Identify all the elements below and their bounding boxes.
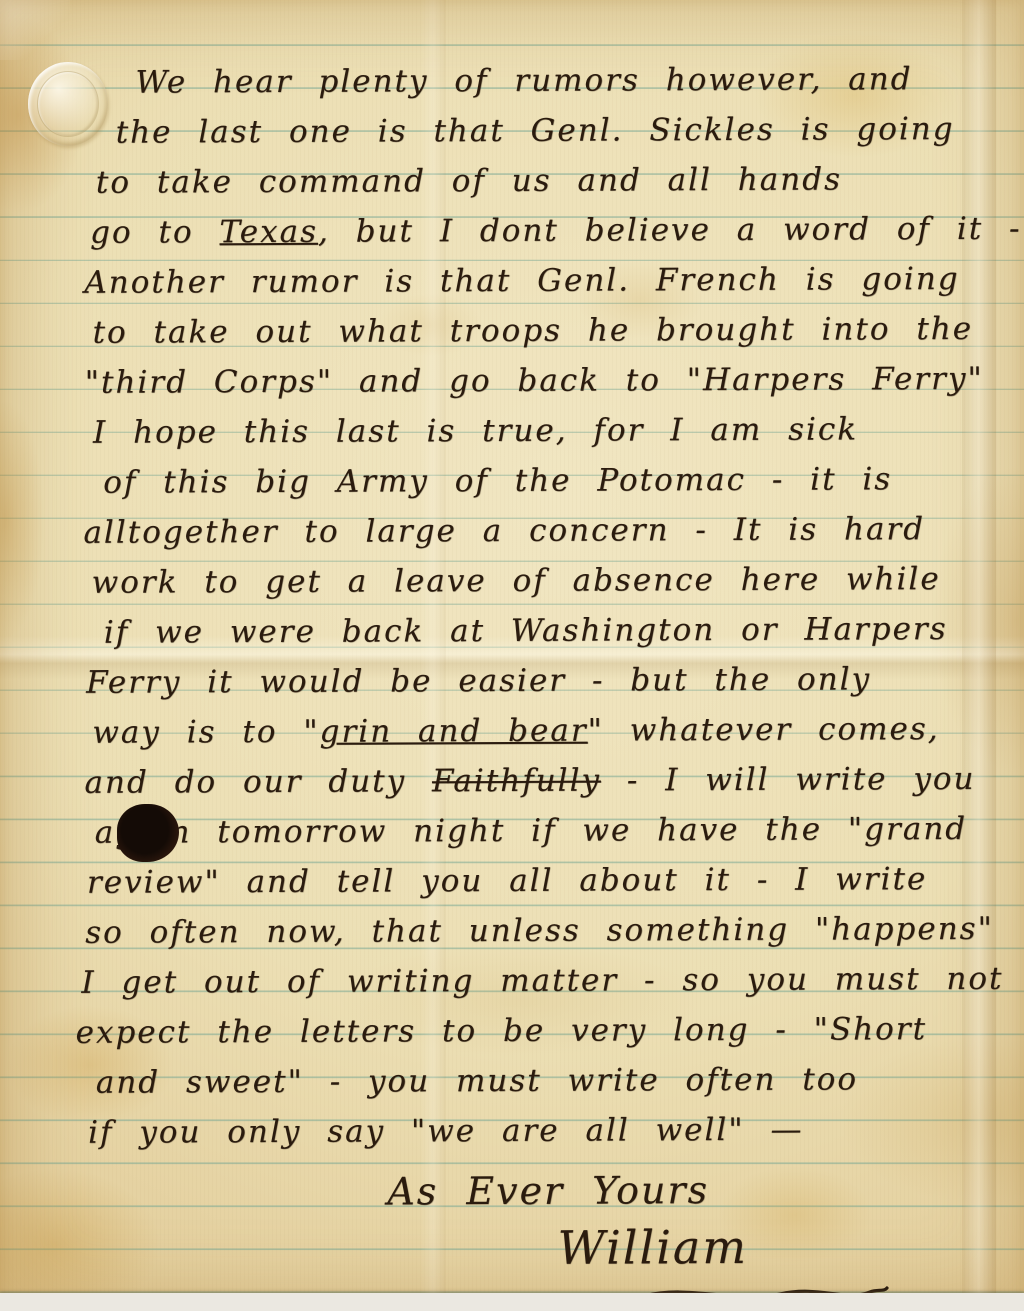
letter-text-segment: review" and tell you all about it - I wr…	[87, 861, 928, 901]
letter-line: to take command of us and all hands	[0, 154, 998, 208]
letter-text-segment: , but I dont believe a word of it -	[318, 211, 1022, 250]
letter-line: if you only say "we are all well" —	[2, 1104, 1002, 1158]
letter-text-segment: and sweet" - you must write often too	[96, 1061, 858, 1100]
letter-text-segment: if we were back at Washington or Harpers	[104, 611, 948, 651]
letter-text-segment: grin and bear	[319, 713, 587, 750]
letter-line: We hear plenty of rumors however, and	[0, 54, 998, 108]
letter-text-segment: work to get a leave of absence here whil…	[92, 561, 941, 601]
letter-text-segment: Texas	[219, 214, 318, 250]
signature: William	[2, 1216, 1002, 1280]
letter-text-segment: go to	[90, 214, 219, 251]
letter-line: way is to "grin and bear" whatever comes…	[0, 704, 1000, 758]
letter-line: if we were back at Washington or Harpers	[0, 604, 1000, 658]
letter-text-segment: - I will write you	[601, 761, 976, 799]
letter-page: We hear plenty of rumors however, andthe…	[0, 0, 1024, 1311]
letter-text-segment: the last one is that Genl. Sickles is go…	[116, 111, 955, 151]
letter-body: We hear plenty of rumors however, andthe…	[0, 54, 1003, 1280]
letter-line: to take out what troops he brought into …	[0, 304, 999, 358]
letter-line: Ferry it would be easier - but the only	[0, 654, 1000, 708]
letter-line: and do our duty Faithfully - I will writ…	[0, 754, 1000, 808]
letter-text-segment: if you only say "we are all well" —	[88, 1112, 804, 1151]
closing-line: As Ever Yours	[2, 1162, 1002, 1220]
letter-text-segment: Ferry it would be easier - but the only	[86, 661, 871, 700]
letter-text-segment: I hope this last is true, for I am sick	[93, 411, 858, 450]
letter-line: of this big Army of the Potomac - it is	[0, 454, 999, 508]
letter-line: "third Corps" and go back to "Harpers Fe…	[0, 354, 999, 408]
letter-text-segment: to take command of us and all hands	[96, 162, 842, 201]
letter-text-segment: alltogether to large a concern - It is h…	[83, 511, 925, 551]
letter-text-segment: expect the letters to be very long - "Sh…	[76, 1011, 928, 1051]
letter-line: I get out of writing matter - so you mus…	[1, 954, 1001, 1008]
letter-text-segment: so often now, that unless something "hap…	[85, 911, 994, 951]
letter-text-segment: and do our duty	[84, 763, 432, 801]
letter-text-segment: I get out of writing matter - so you mus…	[81, 961, 1003, 1001]
letter-line: review" and tell you all about it - I wr…	[1, 854, 1001, 908]
scan-background-strip	[0, 1293, 1024, 1311]
letter-line: alltogether to large a concern - It is h…	[0, 504, 1000, 558]
letter-text-segment: again tomorrow night if we have the "gra…	[95, 811, 968, 851]
letter-text-segment: We hear plenty of rumors however, and	[135, 61, 912, 100]
letter-line: Another rumor is that Genl. French is go…	[0, 254, 998, 308]
letter-text-segment: Another rumor is that Genl. French is go…	[84, 261, 959, 301]
letter-line: so often now, that unless something "hap…	[1, 904, 1001, 958]
letter-line: go to Texas, but I dont believe a word o…	[0, 204, 998, 258]
letter-text-segment: way is to "	[92, 714, 319, 751]
closing-block: As Ever Yours William	[2, 1162, 1002, 1280]
letter-text-segment: of this big Army of the Potomac - it is	[103, 461, 892, 500]
letter-line: expect the letters to be very long - "Sh…	[1, 1004, 1001, 1058]
letter-text-segment: Faithfully	[432, 763, 601, 800]
letter-line: the last one is that Genl. Sickles is go…	[0, 104, 998, 158]
letter-line: I hope this last is true, for I am sick	[0, 404, 999, 458]
letter-line: work to get a leave of absence here whil…	[0, 554, 1000, 608]
letter-text-segment: "third Corps" and go back to "Harpers Fe…	[85, 361, 984, 401]
letter-text-segment: to take out what troops he brought into …	[92, 311, 973, 351]
letter-text-segment: " whatever comes,	[588, 711, 940, 749]
letter-line: and sweet" - you must write often too	[2, 1054, 1002, 1108]
